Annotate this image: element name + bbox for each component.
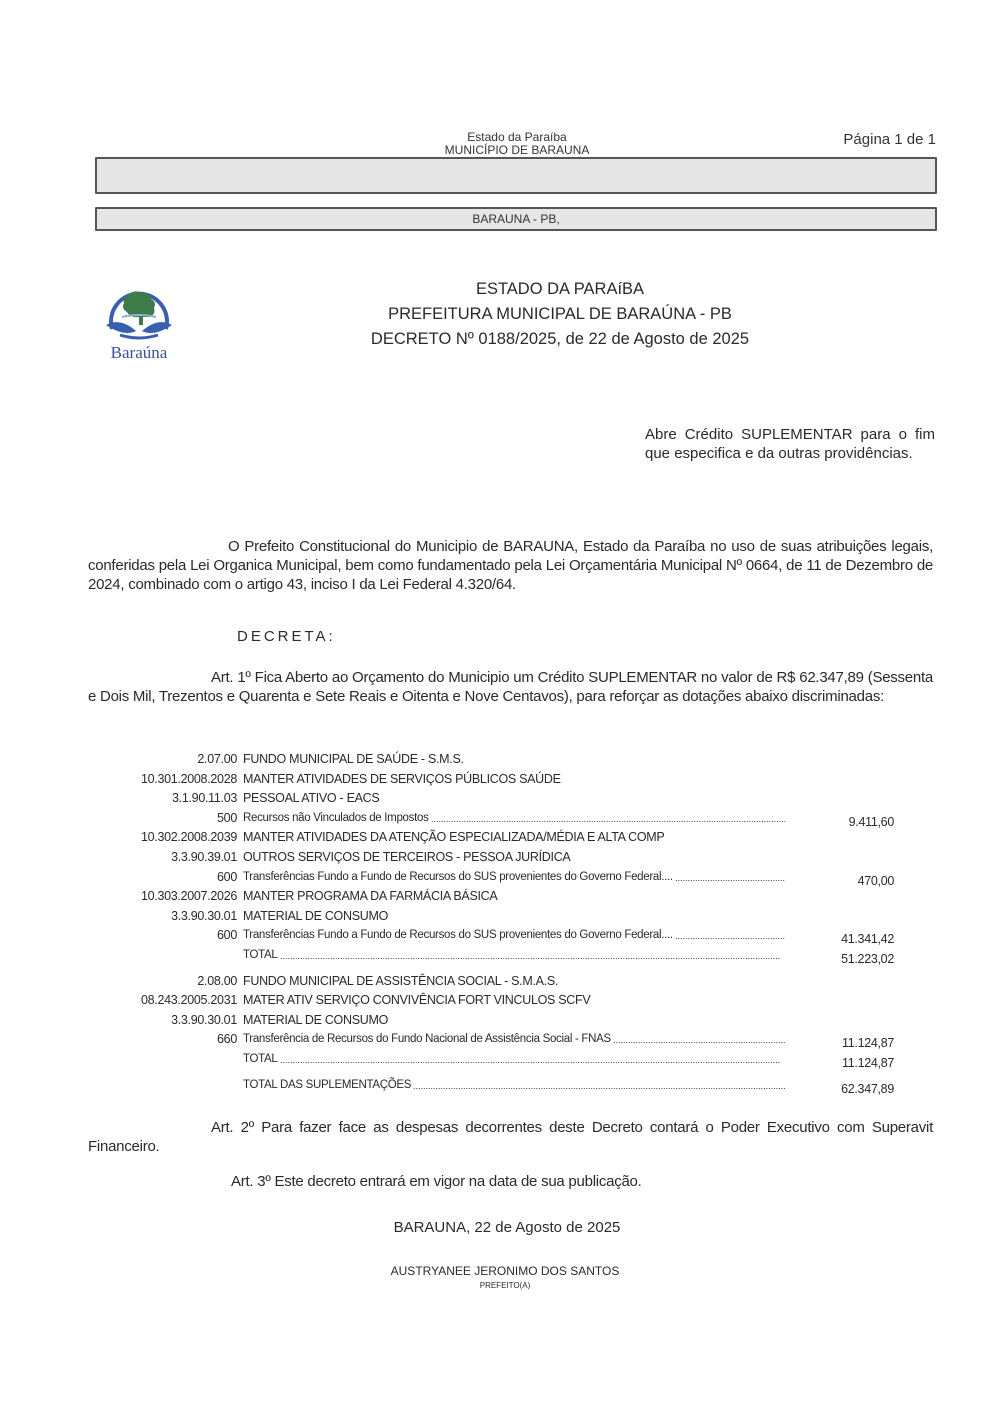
allocation-amount: 62.347,89 [841,1080,894,1100]
allocation-description: Recursos não Vinculados de Impostos [243,809,429,829]
dot-leader [413,1076,785,1096]
allocation-code: 3.1.90.11.03 [172,789,237,809]
allocation-code: 10.301.2008.2028 [141,770,237,790]
article-3: Art. 3º Este decreto entrará em vigor na… [231,1172,931,1191]
table-row: 600Transferências Fundo a Fundo de Recur… [100,868,900,888]
allocation-description: MATER ATIV SERVIÇO CONVIVÊNCIA FORT VINC… [243,991,590,1011]
allocation-description: TOTAL [243,946,278,966]
allocation-description: FUNDO MUNICIPAL DE ASSISTÊNCIA SOCIAL - … [243,972,558,992]
allocation-code: 660 [217,1030,237,1050]
decreta-heading: DECRETA: [237,628,336,645]
allocation-description: OUTROS SERVIÇOS DE TERCEIROS - PESSOA JU… [243,848,570,868]
page-indicator: Página 1 de 1 [843,131,936,148]
dot-leader [613,1030,785,1050]
article-1: Art. 1º Fica Aberto ao Orçamento do Muni… [88,668,933,706]
preamble-paragraph: O Prefeito Constitucional do Municipio d… [88,537,933,594]
allocation-description: MANTER PROGRAMA DA FARMÁCIA BÁSICA [243,887,497,907]
table-row: 3.3.90.30.01MATERIAL DE CONSUMO [100,1011,900,1031]
table-row: 3.3.90.30.01MATERIAL DE CONSUMO [100,907,900,927]
dot-leader [675,926,785,946]
allocation-code: 08.243.2005.2031 [141,991,237,1011]
allocation-code: 500 [217,809,237,829]
allocation-description: TOTAL [243,1050,278,1070]
signatory-name: AUSTRYANEE JERONIMO DOS SANTOS [0,1264,1000,1278]
decree-summary: Abre Crédito SUPLEMENTAR para o fim que … [645,425,935,463]
table-row: TOTAL11.124,87 [100,1050,900,1070]
header-band-location: BARAUNA - PB, [95,207,937,231]
allocation-code: 3.3.90.30.01 [171,1011,237,1031]
allocation-description: FUNDO MUNICIPAL DE SAÚDE - S.M.S. [243,750,464,770]
allocation-description: Transferência de Recursos do Fundo Nacio… [243,1030,611,1050]
table-row: 10.302.2008.2039MANTER ATIVIDADES DA ATE… [100,828,900,848]
table-row: 10.303.2007.2026MANTER PROGRAMA DA FARMÁ… [100,887,900,907]
allocation-description: PESSOAL ATIVO - EACS [243,789,379,809]
allocation-amount: 51.223,02 [841,950,894,970]
table-row: 3.3.90.39.01OUTROS SERVIÇOS DE TERCEIROS… [100,848,900,868]
table-row: 08.243.2005.2031MATER ATIV SERVIÇO CONVI… [100,991,900,1011]
allocation-code: 3.3.90.39.01 [171,848,237,868]
table-row: 3.1.90.11.03PESSOAL ATIVO - EACS [100,789,900,809]
dot-leader [675,868,785,888]
allocation-code: 600 [217,926,237,946]
allocation-code: 10.303.2007.2026 [141,887,237,907]
allocation-description: MATERIAL DE CONSUMO [243,907,388,927]
table-row: TOTAL51.223,02 [100,946,900,966]
title-state: ESTADO DA PARAíBA [300,280,820,299]
header-band-empty [95,157,937,194]
allocation-code: 10.302.2008.2039 [141,828,237,848]
municipal-logo: Baraúna [100,283,178,368]
municipal-crest-icon [100,283,178,345]
allocation-description: MATERIAL DE CONSUMO [243,1011,388,1031]
table-row: 600Transferências Fundo a Fundo de Recur… [100,926,900,946]
decree-title: DECRETO Nº 0188/2025, de 22 de Agosto de… [300,330,820,349]
dot-leader [431,809,785,829]
allocation-description: TOTAL DAS SUPLEMENTAÇÕES [243,1076,411,1096]
logo-text: Baraúna [100,343,178,363]
table-row: 2.08.00FUNDO MUNICIPAL DE ASSISTÊNCIA SO… [100,972,900,992]
place-date: BARAUNA, 22 de Agosto de 2025 [0,1219,1000,1236]
table-row: 10.301.2008.2028MANTER ATIVIDADES DE SER… [100,770,900,790]
allocation-amount: 11.124,87 [842,1054,894,1074]
allocation-code: 2.07.00 [197,750,237,770]
allocation-description: Transferências Fundo a Fundo de Recursos… [243,926,673,946]
dot-leader [280,946,785,966]
allocation-code: 600 [217,868,237,888]
allocation-code: 2.08.00 [197,972,237,992]
table-row: 500Recursos não Vinculados de Impostos9.… [100,809,900,829]
table-row: 2.07.00FUNDO MUNICIPAL DE SAÚDE - S.M.S. [100,750,900,770]
allocation-description: Transferências Fundo a Fundo de Recursos… [243,868,673,888]
article-2: Art. 2º Para fazer face as despesas deco… [88,1118,933,1156]
allocation-code: 3.3.90.30.01 [171,907,237,927]
allocation-description: MANTER ATIVIDADES DE SERVIÇOS PÚBLICOS S… [243,770,561,790]
title-prefecture: PREFEITURA MUNICIPAL DE BARAÚNA - PB [300,305,820,324]
header-location-text: BARAUNA - PB, [97,212,935,226]
dot-leader [280,1050,785,1070]
signatory-role: PREFEITO(A) [0,1281,1000,1290]
table-row: TOTAL DAS SUPLEMENTAÇÕES62.347,89 [100,1076,900,1096]
allocation-table: 2.07.00FUNDO MUNICIPAL DE SAÚDE - S.M.S.… [100,750,900,1095]
allocation-description: MANTER ATIVIDADES DA ATENÇÃO ESPECIALIZA… [243,828,664,848]
table-row: 660Transferência de Recursos do Fundo Na… [100,1030,900,1050]
